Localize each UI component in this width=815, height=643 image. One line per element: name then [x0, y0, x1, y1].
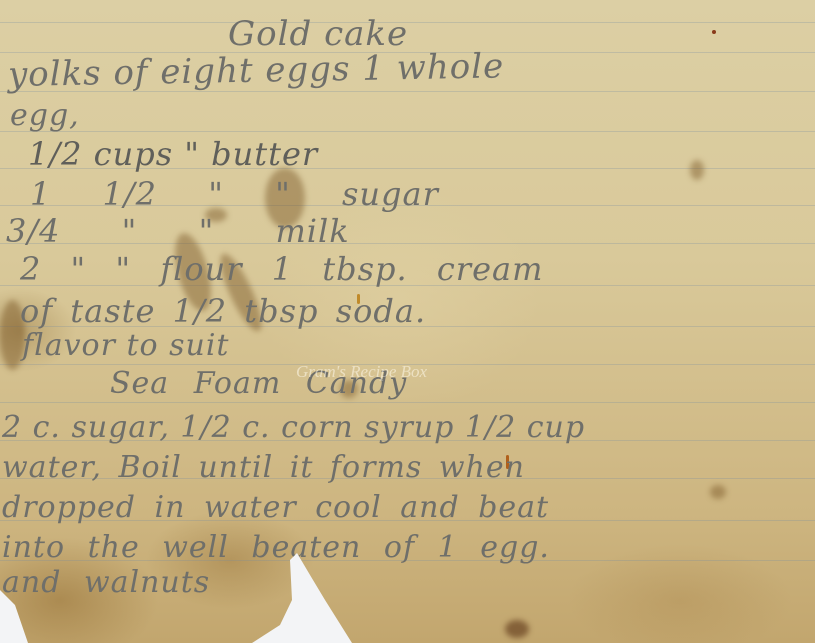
recipe-line: egg,	[10, 98, 80, 133]
fleck	[712, 30, 716, 34]
recipe-line: 3/4 " " milk	[6, 212, 350, 250]
recipe-line: dropped in water cool and beat	[2, 490, 549, 525]
recipe-line: 1 1/2 " " sugar	[30, 175, 439, 213]
recipe-line: of taste 1/2 tbsp soda.	[20, 292, 426, 330]
recipe-line: flavor to suit	[22, 328, 230, 363]
recipe-card-paper: Gold cake yolks of eight eggs 1 whole eg…	[0, 0, 815, 643]
ruled-line	[0, 402, 815, 403]
ruled-line	[0, 131, 815, 132]
recipe-line: 1/2 cups " butter	[28, 135, 318, 173]
recipe-line: 2 c. sugar, 1/2 c. corn syrup 1/2 cup	[2, 410, 585, 445]
stain	[710, 485, 726, 499]
recipe-line: into the well beaten of 1 egg.	[2, 530, 550, 565]
recipe-line: water, Boil until it forms when	[2, 450, 525, 485]
recipe-line: 2 " " flour 1 tbsp. cream	[20, 250, 543, 288]
stain	[505, 620, 529, 638]
watermark: Gram's Recipe Box	[296, 362, 427, 382]
recipe-line: and walnuts	[2, 565, 210, 600]
stain	[690, 160, 704, 180]
recipe-line: yolks of eight eggs 1 whole	[8, 46, 505, 95]
